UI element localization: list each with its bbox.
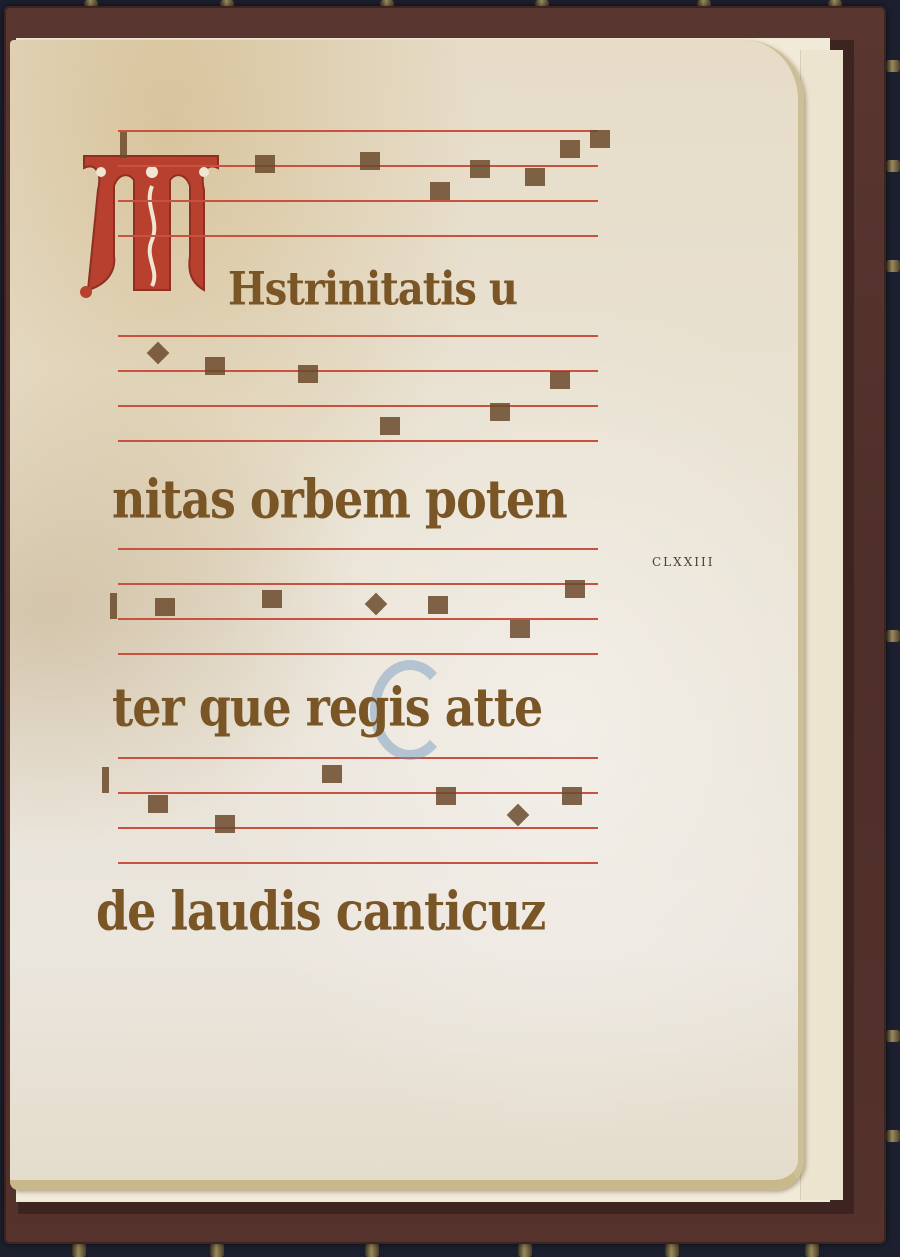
neume-icon	[365, 593, 388, 616]
music-staff-4	[118, 757, 598, 867]
neume-icon	[490, 403, 510, 421]
neume-icon	[525, 168, 545, 186]
staff-line	[118, 757, 598, 759]
binding-stud	[886, 630, 900, 642]
staff-line	[118, 405, 598, 407]
staff-line	[118, 200, 598, 202]
staff-line	[118, 165, 598, 167]
neume-icon	[507, 804, 530, 827]
folio-number: CLXXIII	[652, 555, 714, 569]
neume-icon	[565, 580, 585, 598]
staff-line	[118, 130, 598, 132]
paper-backing-edge	[800, 50, 843, 1200]
neume-icon	[428, 596, 448, 614]
binding-stud	[886, 60, 900, 72]
binding-stud	[805, 1243, 819, 1257]
lyric-line-2: nitas orbem poten	[112, 468, 567, 530]
lyric-line-3: ter que regis atte	[112, 676, 542, 738]
neume-icon	[205, 357, 225, 375]
neume-icon	[215, 815, 235, 833]
clef-icon	[120, 132, 127, 158]
binding-stud	[518, 1243, 532, 1257]
lyric-line-1: Hstrinitatis u	[228, 262, 517, 316]
neume-icon	[470, 160, 490, 178]
clef-icon	[102, 767, 109, 793]
staff-line	[118, 370, 598, 372]
neume-icon	[562, 787, 582, 805]
staff-line	[118, 827, 598, 829]
binding-stud	[665, 1243, 679, 1257]
binding-stud	[210, 1243, 224, 1257]
neume-icon	[262, 590, 282, 608]
music-staff-2	[118, 335, 598, 445]
neume-icon	[380, 417, 400, 435]
clef-icon	[110, 593, 117, 619]
binding-stud	[886, 1130, 900, 1142]
neume-icon	[155, 598, 175, 616]
music-staff-1	[118, 130, 598, 240]
staff-line	[118, 440, 598, 442]
binding-stud	[886, 260, 900, 272]
neume-icon	[550, 371, 570, 389]
binding-stud	[886, 160, 900, 172]
neume-icon	[255, 155, 275, 173]
binding-stud	[72, 1243, 86, 1257]
staff-line	[118, 862, 598, 864]
neume-icon	[147, 342, 170, 365]
neume-icon	[436, 787, 456, 805]
staff-line	[118, 335, 598, 337]
neume-icon	[360, 152, 380, 170]
neume-icon	[322, 765, 342, 783]
neume-icon	[148, 795, 168, 813]
neume-icon	[510, 620, 530, 638]
music-staff-3	[118, 548, 598, 658]
staff-line	[118, 548, 598, 550]
staff-line	[118, 235, 598, 237]
neume-icon	[590, 130, 610, 148]
staff-line	[118, 653, 598, 655]
binding-stud	[365, 1243, 379, 1257]
staff-line	[118, 583, 598, 585]
neume-icon	[298, 365, 318, 383]
neume-icon	[430, 182, 450, 200]
neume-icon	[560, 140, 580, 158]
binding-stud	[886, 1030, 900, 1042]
lyric-line-4: de laudis canticuz	[96, 880, 545, 942]
staff-line	[118, 792, 598, 794]
